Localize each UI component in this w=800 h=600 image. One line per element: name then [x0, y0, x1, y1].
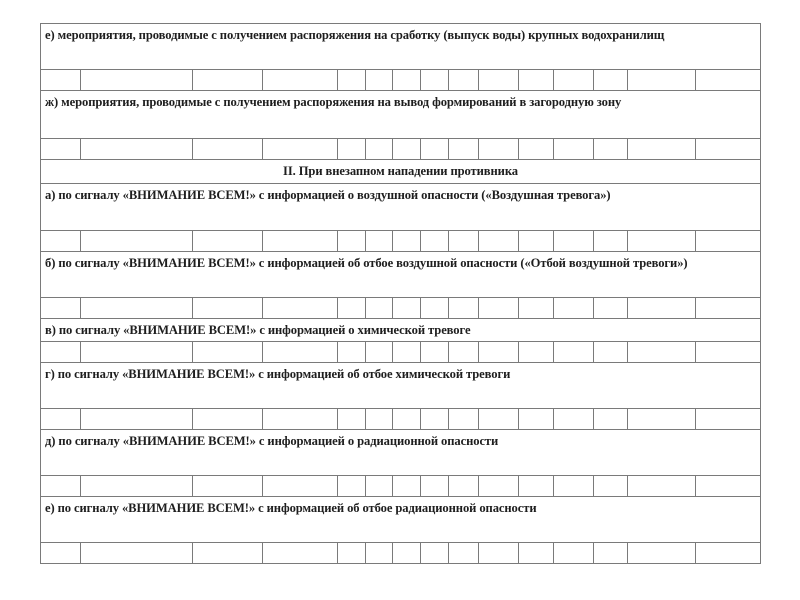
table-cell[interactable] — [421, 139, 449, 160]
table-cell[interactable] — [338, 231, 366, 252]
table-cell[interactable] — [696, 70, 761, 91]
table-cell[interactable] — [554, 70, 594, 91]
table-cell[interactable] — [594, 231, 628, 252]
measure-item-label: д) по сигналу «ВНИМАНИЕ ВСЕМ!» с информа… — [41, 430, 761, 476]
table-cell[interactable] — [193, 298, 263, 319]
table-cell[interactable] — [519, 70, 554, 91]
table-cell[interactable] — [366, 476, 393, 497]
table-cell[interactable] — [366, 231, 393, 252]
table-cell[interactable] — [628, 231, 696, 252]
table-cell[interactable] — [554, 409, 594, 430]
table-cell[interactable] — [594, 298, 628, 319]
table-cell[interactable] — [696, 409, 761, 430]
table-cell[interactable] — [263, 139, 338, 160]
measure-item-label: е) мероприятия, проводимые с получением … — [41, 24, 761, 70]
table-cell[interactable] — [81, 476, 193, 497]
table-cell[interactable] — [421, 298, 449, 319]
measure-item-row: д) по сигналу «ВНИМАНИЕ ВСЕМ!» с информа… — [41, 430, 761, 476]
table-cell[interactable] — [421, 476, 449, 497]
section-heading-row: II. При внезапном нападении противника — [41, 160, 761, 184]
table-cell[interactable] — [421, 342, 449, 363]
blank-grid-row — [41, 342, 761, 363]
table-cell[interactable] — [449, 231, 479, 252]
table-cell[interactable] — [449, 139, 479, 160]
table-cell[interactable] — [519, 342, 554, 363]
section-heading: II. При внезапном нападении противника — [41, 160, 761, 184]
table-cell[interactable] — [519, 231, 554, 252]
measure-item-row: а) по сигналу «ВНИМАНИЕ ВСЕМ!» с информа… — [41, 184, 761, 231]
table-cell[interactable] — [81, 298, 193, 319]
table-cell[interactable] — [554, 139, 594, 160]
measure-item-label: ж) мероприятия, проводимые с получением … — [41, 91, 761, 139]
table-cell[interactable] — [554, 298, 594, 319]
table-cell[interactable] — [628, 342, 696, 363]
table-cell[interactable] — [193, 342, 263, 363]
table-cell[interactable] — [696, 139, 761, 160]
measure-item-label: е) по сигналу «ВНИМАНИЕ ВСЕМ!» с информа… — [41, 497, 761, 543]
table-cell[interactable] — [449, 409, 479, 430]
table-cell[interactable] — [554, 231, 594, 252]
table-cell[interactable] — [519, 139, 554, 160]
table-cell[interactable] — [519, 476, 554, 497]
measure-item-label: г) по сигналу «ВНИМАНИЕ ВСЕМ!» с информа… — [41, 363, 761, 409]
table-cell[interactable] — [263, 476, 338, 497]
measure-item-label: в) по сигналу «ВНИМАНИЕ ВСЕМ!» с информа… — [41, 319, 761, 342]
table-cell[interactable] — [479, 409, 519, 430]
table-cell[interactable] — [393, 342, 421, 363]
table-cell[interactable] — [393, 476, 421, 497]
table-cell[interactable] — [366, 139, 393, 160]
table-cell[interactable] — [263, 543, 338, 564]
table-cell[interactable] — [193, 139, 263, 160]
document-sheet: е) мероприятия, проводимые с получением … — [40, 23, 760, 564]
table-cell[interactable] — [41, 298, 81, 319]
table-cell[interactable] — [393, 409, 421, 430]
blank-grid-row — [41, 476, 761, 497]
table-cell[interactable] — [479, 231, 519, 252]
table-cell[interactable] — [41, 476, 81, 497]
table-cell[interactable] — [263, 409, 338, 430]
table-cell[interactable] — [41, 409, 81, 430]
table-cell[interactable] — [338, 342, 366, 363]
table-cell[interactable] — [81, 70, 193, 91]
table-cell[interactable] — [628, 70, 696, 91]
table-cell[interactable] — [628, 298, 696, 319]
table-cell[interactable] — [421, 409, 449, 430]
measure-item-row: е) по сигналу «ВНИМАНИЕ ВСЕМ!» с информа… — [41, 497, 761, 543]
table-cell[interactable] — [338, 70, 366, 91]
table-cell[interactable] — [449, 476, 479, 497]
table-cell[interactable] — [696, 298, 761, 319]
table-cell[interactable] — [449, 543, 479, 564]
table-cell[interactable] — [366, 298, 393, 319]
table-cell[interactable] — [594, 476, 628, 497]
measure-item-label: б) по сигналу «ВНИМАНИЕ ВСЕМ!» с информа… — [41, 252, 761, 298]
table-cell[interactable] — [193, 70, 263, 91]
blank-grid-row — [41, 70, 761, 91]
table-cell[interactable] — [81, 543, 193, 564]
table-cell[interactable] — [366, 70, 393, 91]
table-cell[interactable] — [519, 298, 554, 319]
table-cell[interactable] — [594, 342, 628, 363]
table-cell[interactable] — [421, 231, 449, 252]
table-cell[interactable] — [519, 543, 554, 564]
table-cell[interactable] — [479, 342, 519, 363]
measures-table: е) мероприятия, проводимые с получением … — [40, 23, 761, 564]
table-cell[interactable] — [393, 543, 421, 564]
table-cell[interactable] — [193, 476, 263, 497]
table-cell[interactable] — [263, 70, 338, 91]
measure-item-row: б) по сигналу «ВНИМАНИЕ ВСЕМ!» с информа… — [41, 252, 761, 298]
table-cell[interactable] — [393, 231, 421, 252]
table-cell[interactable] — [479, 476, 519, 497]
table-cell[interactable] — [449, 70, 479, 91]
table-cell[interactable] — [193, 543, 263, 564]
table-cell[interactable] — [449, 342, 479, 363]
table-cell[interactable] — [628, 409, 696, 430]
blank-grid-row — [41, 139, 761, 160]
table-cell[interactable] — [421, 543, 449, 564]
table-cell[interactable] — [41, 139, 81, 160]
table-cell[interactable] — [81, 342, 193, 363]
table-cell[interactable] — [421, 70, 449, 91]
table-cell[interactable] — [366, 342, 393, 363]
table-cell[interactable] — [338, 476, 366, 497]
table-cell[interactable] — [41, 342, 81, 363]
table-cell[interactable] — [594, 543, 628, 564]
table-cell[interactable] — [519, 409, 554, 430]
blank-grid-row — [41, 231, 761, 252]
table-cell[interactable] — [594, 409, 628, 430]
table-cell[interactable] — [479, 543, 519, 564]
table-cell[interactable] — [338, 543, 366, 564]
table-cell[interactable] — [628, 543, 696, 564]
measure-item-row: ж) мероприятия, проводимые с получением … — [41, 91, 761, 139]
table-cell[interactable] — [263, 298, 338, 319]
table-cell[interactable] — [81, 139, 193, 160]
table-cell[interactable] — [81, 231, 193, 252]
table-cell[interactable] — [41, 231, 81, 252]
table-cell[interactable] — [193, 409, 263, 430]
table-cell[interactable] — [696, 476, 761, 497]
table-cell[interactable] — [393, 139, 421, 160]
table-cell[interactable] — [366, 409, 393, 430]
table-cell[interactable] — [393, 70, 421, 91]
blank-grid-row — [41, 543, 761, 564]
table-cell[interactable] — [696, 231, 761, 252]
table-cell[interactable] — [366, 543, 393, 564]
measure-item-row: в) по сигналу «ВНИМАНИЕ ВСЕМ!» с информа… — [41, 319, 761, 342]
table-cell[interactable] — [479, 139, 519, 160]
table-cell[interactable] — [628, 139, 696, 160]
table-cell[interactable] — [449, 298, 479, 319]
table-cell[interactable] — [263, 342, 338, 363]
blank-grid-row — [41, 298, 761, 319]
table-cell[interactable] — [479, 298, 519, 319]
table-cell[interactable] — [696, 342, 761, 363]
measure-item-label: а) по сигналу «ВНИМАНИЕ ВСЕМ!» с информа… — [41, 184, 761, 231]
table-cell[interactable] — [263, 231, 338, 252]
table-cell[interactable] — [554, 476, 594, 497]
table-cell[interactable] — [41, 70, 81, 91]
table-cell[interactable] — [594, 139, 628, 160]
table-cell[interactable] — [554, 342, 594, 363]
table-cell[interactable] — [81, 409, 193, 430]
table-cell[interactable] — [594, 70, 628, 91]
table-cell[interactable] — [338, 139, 366, 160]
table-cell[interactable] — [393, 298, 421, 319]
table-cell[interactable] — [628, 476, 696, 497]
measure-item-row: е) мероприятия, проводимые с получением … — [41, 24, 761, 70]
blank-grid-row — [41, 409, 761, 430]
table-cell[interactable] — [479, 70, 519, 91]
table-cell[interactable] — [41, 543, 81, 564]
measure-item-row: г) по сигналу «ВНИМАНИЕ ВСЕМ!» с информа… — [41, 363, 761, 409]
table-cell[interactable] — [338, 298, 366, 319]
table-cell[interactable] — [193, 231, 263, 252]
table-cell[interactable] — [554, 543, 594, 564]
table-cell[interactable] — [338, 409, 366, 430]
table-cell[interactable] — [696, 543, 761, 564]
